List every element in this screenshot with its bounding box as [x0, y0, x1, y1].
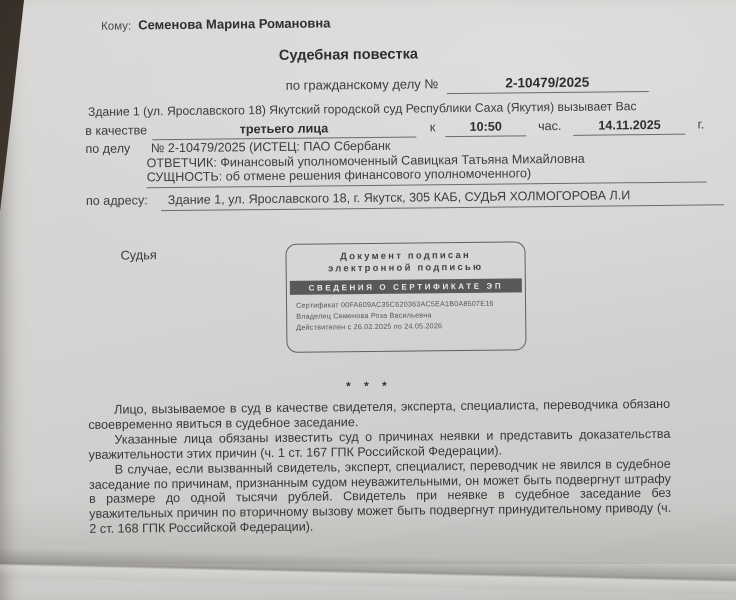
- paper-sheet: Кому:Семенова Марина Романовна Судебная …: [0, 0, 736, 600]
- stamp-certificate-details: Сертификат 00FA609AC35C620363AC5EA1B0A85…: [296, 297, 525, 333]
- civil-case-line: по гражданскому делу № 2-10479/2025: [286, 74, 649, 96]
- hearing-time-value: 10:50: [445, 119, 526, 137]
- stamp-title: Документ подписан электронной подписью: [286, 249, 524, 276]
- at-label: к: [430, 120, 436, 134]
- asterisk-separator: * * *: [1, 375, 736, 397]
- document-title: Судебная повестка: [0, 44, 699, 67]
- stamp-certificate-banner: СВЕДЕНИЯ О СЕРТИФИКАТЕ ЭП: [290, 278, 522, 294]
- as-label: в качестве: [85, 123, 147, 138]
- recipient-label: Кому:: [101, 20, 131, 32]
- as-capacity-value: третьего лица: [152, 120, 416, 140]
- legal-notes-section: Лицо, вызываемое в суд в качестве свидет…: [88, 397, 671, 537]
- judge-label: Судья: [120, 247, 156, 262]
- legal-note-paragraph-3: В случае, если вызванный свидетель, эксп…: [89, 456, 672, 537]
- stamp-title-line2: электронной подписью: [287, 262, 525, 277]
- appearance-details-row: в качестве третьего лица к 10:50 час. 14…: [85, 117, 704, 140]
- recipient-name: Семенова Марина Романовна: [138, 15, 330, 32]
- address-value: Здание 1, ул. Ярославского 18, г. Якутск…: [161, 187, 724, 211]
- address-row: по адресу: Здание 1, ул. Ярославского 18…: [86, 187, 724, 212]
- stamp-certificate-validity: Действителен с 26.02.2025 по 24.05.2026: [296, 319, 525, 333]
- hour-label: час.: [538, 119, 562, 133]
- photo-of-court-summons: Кому:Семенова Марина Романовна Судебная …: [0, 0, 736, 600]
- hearing-date-value: 14.11.2025: [573, 118, 685, 136]
- address-label: по адресу:: [86, 193, 148, 208]
- electronic-signature-stamp: Документ подписан электронной подписью С…: [285, 241, 526, 353]
- summons-document: Кому:Семенова Марина Романовна Судебная …: [0, 0, 736, 600]
- case-plaintiff-value: № 2-10479/2025 (ИСТЕЦ: ПАО Сбербанк: [151, 139, 391, 156]
- case-label: по делу: [85, 141, 130, 155]
- recipient-line: Кому:Семенова Марина Романовна: [101, 15, 330, 32]
- court-name-line: Здание 1 (ул. Ярославского 18) Якутский …: [88, 99, 637, 119]
- year-label: г.: [698, 117, 705, 131]
- civil-case-number: 2-10479/2025: [446, 74, 648, 94]
- civil-case-label: по гражданскому делу №: [286, 76, 439, 93]
